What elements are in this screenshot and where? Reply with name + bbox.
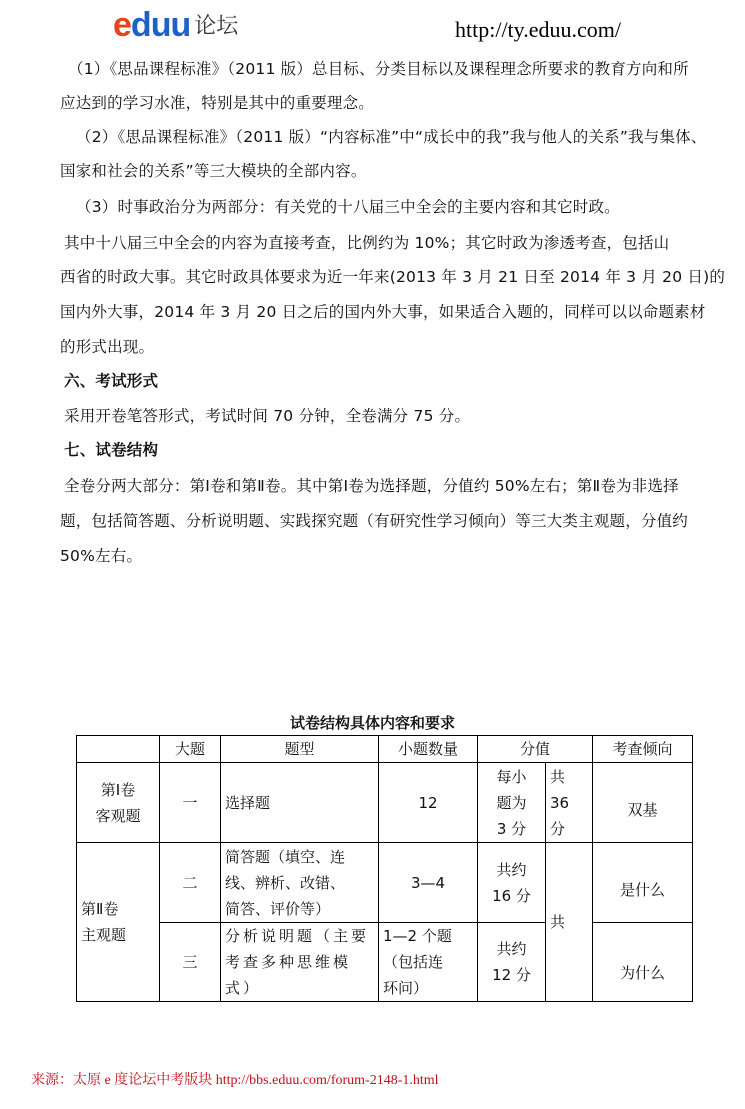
tendency-cell: 为什么 xyxy=(593,923,693,1002)
score-cell: 共约 16 分 xyxy=(478,843,546,923)
section-7-line-1: 全卷分两大部分：第Ⅰ卷和第Ⅱ卷。其中第Ⅰ卷为选择题，分值约 50%左右；第Ⅱ卷为… xyxy=(64,479,744,494)
score-text: 共约 xyxy=(482,857,541,883)
section-sublabel: 客观题 xyxy=(81,803,155,829)
item-1-line-1: （1）《思品课程标准》（2011 版）总目标、分类目标以及课程理念所要求的教育方… xyxy=(68,62,745,77)
score-total-cell: 共 xyxy=(546,843,593,1002)
score-text: 每小 xyxy=(482,764,541,790)
header-cell-type: 题型 xyxy=(221,736,379,763)
type-text: 简答题（填空、连 xyxy=(225,844,374,870)
section-6-heading: 六、考试形式 xyxy=(64,374,744,389)
score-text: 3 分 xyxy=(482,816,541,842)
header-cell-empty xyxy=(77,736,160,763)
question-type-cell: 简答题（填空、连 线、辨析、改错、 简答、评价等） xyxy=(221,843,379,923)
score-text: 共 xyxy=(550,764,588,790)
part-number-cell: 三 xyxy=(160,923,221,1002)
section-cell: 第Ⅰ卷 客观题 xyxy=(77,763,160,843)
current-affairs-line-4: 的形式出现。 xyxy=(60,340,740,355)
score-text: 36 xyxy=(550,790,588,816)
current-affairs-line-1: 其中十八届三中全会的内容为直接考查，比例约为 10%；其它时政为渗透考查，包括山 xyxy=(60,236,740,251)
type-text: 式） xyxy=(225,975,374,1001)
type-text: 线、辨析、改错、 xyxy=(225,870,374,896)
logo-letter-e: e xyxy=(113,8,131,42)
question-type-cell: 分析说明题（主要 考查多种思维模 式） xyxy=(221,923,379,1002)
exam-structure-table: 大题 题型 小题数量 分值 考查倾向 第Ⅰ卷 客观题 一 选择题 12 每小 题… xyxy=(76,735,693,1002)
section-sublabel: 主观题 xyxy=(81,922,155,948)
table-row: 第Ⅰ卷 客观题 一 选择题 12 每小 题为 3 分 共 36 分 双基 xyxy=(77,763,693,843)
table-header-row: 大题 题型 小题数量 分值 考查倾向 xyxy=(77,736,693,763)
score-text: 12 分 xyxy=(482,962,541,988)
count-text: （包括连 xyxy=(383,949,473,975)
question-count-cell: 12 xyxy=(379,763,478,843)
section-7-line-2: 题，包括简答题、分析说明题、实践探究题（有研究性学习倾向）等三大类主观题，分值约 xyxy=(60,514,740,529)
current-affairs-line-2: 西省的时政大事。其它时政具体要求为近一年来(2013 年 3 月 21 日至 2… xyxy=(60,270,740,285)
section-7-heading: 七、试卷结构 xyxy=(64,443,744,458)
score-total-cell: 共 36 分 xyxy=(546,763,593,843)
score-text: 分 xyxy=(550,816,588,842)
header-cell-part: 大题 xyxy=(160,736,221,763)
table-row: 第Ⅱ卷 主观题 二 简答题（填空、连 线、辨析、改错、 简答、评价等） 3—4 … xyxy=(77,843,693,923)
section-label: 第Ⅰ卷 xyxy=(81,777,155,803)
score-cell: 共约 12 分 xyxy=(478,923,546,1002)
question-count-cell: 1—2 个题 （包括连 环问） xyxy=(379,923,478,1002)
count-text: 环问） xyxy=(383,975,473,1001)
section-7-line-3: 50%左右。 xyxy=(60,549,740,564)
count-text: 1—2 个题 xyxy=(383,923,473,949)
section-6-text: 采用开卷笔答形式，考试时间 70 分钟，全卷满分 75 分。 xyxy=(64,409,744,424)
part-number-cell: 一 xyxy=(160,763,221,843)
tendency-cell: 是什么 xyxy=(593,843,693,923)
section-cell: 第Ⅱ卷 主观题 xyxy=(77,843,160,1002)
site-url-link[interactable]: http://ty.eduu.com/ xyxy=(455,17,621,43)
part-number-cell: 二 xyxy=(160,843,221,923)
page-header: e d uu 论坛 http://ty.eduu.com/ xyxy=(0,0,745,55)
item-2-line-2: 国家和社会的关系”等三大模块的全部内容。 xyxy=(60,164,740,179)
logo-letter-d: d xyxy=(131,8,151,42)
question-type-cell: 选择题 xyxy=(221,763,379,843)
header-cell-tendency: 考查倾向 xyxy=(593,736,693,763)
source-footer-link[interactable]: 来源：太原 e 度论坛中考版块 http://bbs.eduu.com/foru… xyxy=(31,1069,439,1089)
logo-letters-uu: uu xyxy=(151,8,191,42)
score-per-item-cell: 每小 题为 3 分 xyxy=(478,763,546,843)
table-row: 三 分析说明题（主要 考查多种思维模 式） 1—2 个题 （包括连 环问） 共约… xyxy=(77,923,693,1002)
item-2-line-1: （2）《思品课程标准》（2011 版）“内容标准”中“成长中的我”我与他人的关系… xyxy=(76,130,745,145)
score-text: 16 分 xyxy=(482,883,541,909)
header-cell-score: 分值 xyxy=(478,736,593,763)
question-count-cell: 3—4 xyxy=(379,843,478,923)
item-1-line-2: 应达到的学习水准，特别是其中的重要理念。 xyxy=(60,96,740,111)
table-title: 试卷结构具体内容和要求 xyxy=(0,712,745,733)
score-text: 题为 xyxy=(482,790,541,816)
item-3: （3）时事政治分为两部分：有关党的十八届三中全会的主要内容和其它时政。 xyxy=(76,200,745,215)
section-label: 第Ⅱ卷 xyxy=(81,896,155,922)
type-text: 分析说明题（主要 xyxy=(225,923,374,949)
header-cell-count: 小题数量 xyxy=(379,736,478,763)
type-text: 考查多种思维模 xyxy=(225,949,374,975)
logo-chinese-text: 论坛 xyxy=(194,12,238,42)
eduu-logo[interactable]: e d uu 论坛 xyxy=(113,8,238,42)
score-text: 共约 xyxy=(482,936,541,962)
current-affairs-line-3: 国内外大事，2014 年 3 月 20 日之后的国内外大事，如果适合入题的，同样… xyxy=(60,305,740,320)
type-text: 简答、评价等） xyxy=(225,896,374,922)
tendency-cell: 双基 xyxy=(593,763,693,843)
